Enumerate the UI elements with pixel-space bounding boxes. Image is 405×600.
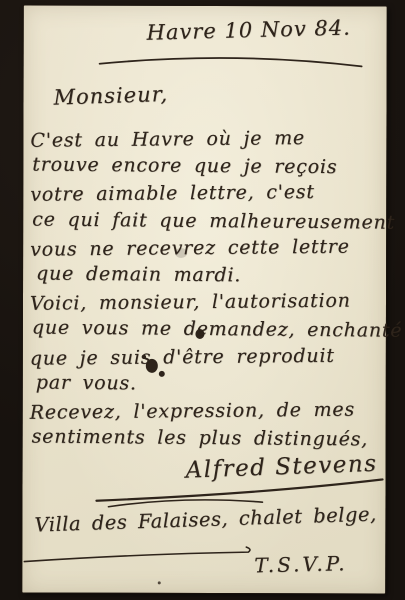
letter-body: C'est au Havre où je me trouve encore qu… [30, 126, 383, 453]
ink-speck [158, 581, 161, 584]
body-line: trouve encore que je reçois [32, 152, 384, 182]
tsvp-flourish [24, 547, 250, 563]
body-line: votre aimable lettre, c'est [30, 179, 382, 210]
body-line: que je suis d'être reproduit [30, 342, 382, 373]
body-line: sentiments les plus distingués, [32, 424, 384, 454]
letter-photo-background: Havre 10 Nov 84. Monsieur, C'est au Havr… [0, 0, 405, 600]
tsvp-note: T.S.V.P. [254, 551, 348, 577]
letter-paper: Havre 10 Nov 84. Monsieur, C'est au Havr… [22, 6, 387, 594]
body-line: C'est au Havre où je me [30, 124, 382, 155]
body-line: que vous me demandez, enchanté [32, 315, 384, 345]
address-line: Villa des Falaises, chalet belge, [34, 502, 377, 536]
body-line: par vous. [32, 369, 384, 399]
body-line: que demain mardi. [32, 260, 384, 290]
body-line: vous ne recevrez cette lettre [30, 233, 382, 264]
dateline-underline-flourish [100, 58, 362, 67]
body-line: ce qui fait que malheureusement [32, 206, 384, 236]
body-line: Voici, monsieur, l'autorisation [30, 287, 382, 318]
salutation: Monsieur, [53, 82, 168, 110]
signature-underline-flourish [96, 479, 382, 502]
dateline: Havre 10 Nov 84. [119, 15, 378, 46]
signature: Alfred Stevens [185, 451, 378, 484]
body-line: Recevez, l'expression, de mes [30, 396, 382, 427]
